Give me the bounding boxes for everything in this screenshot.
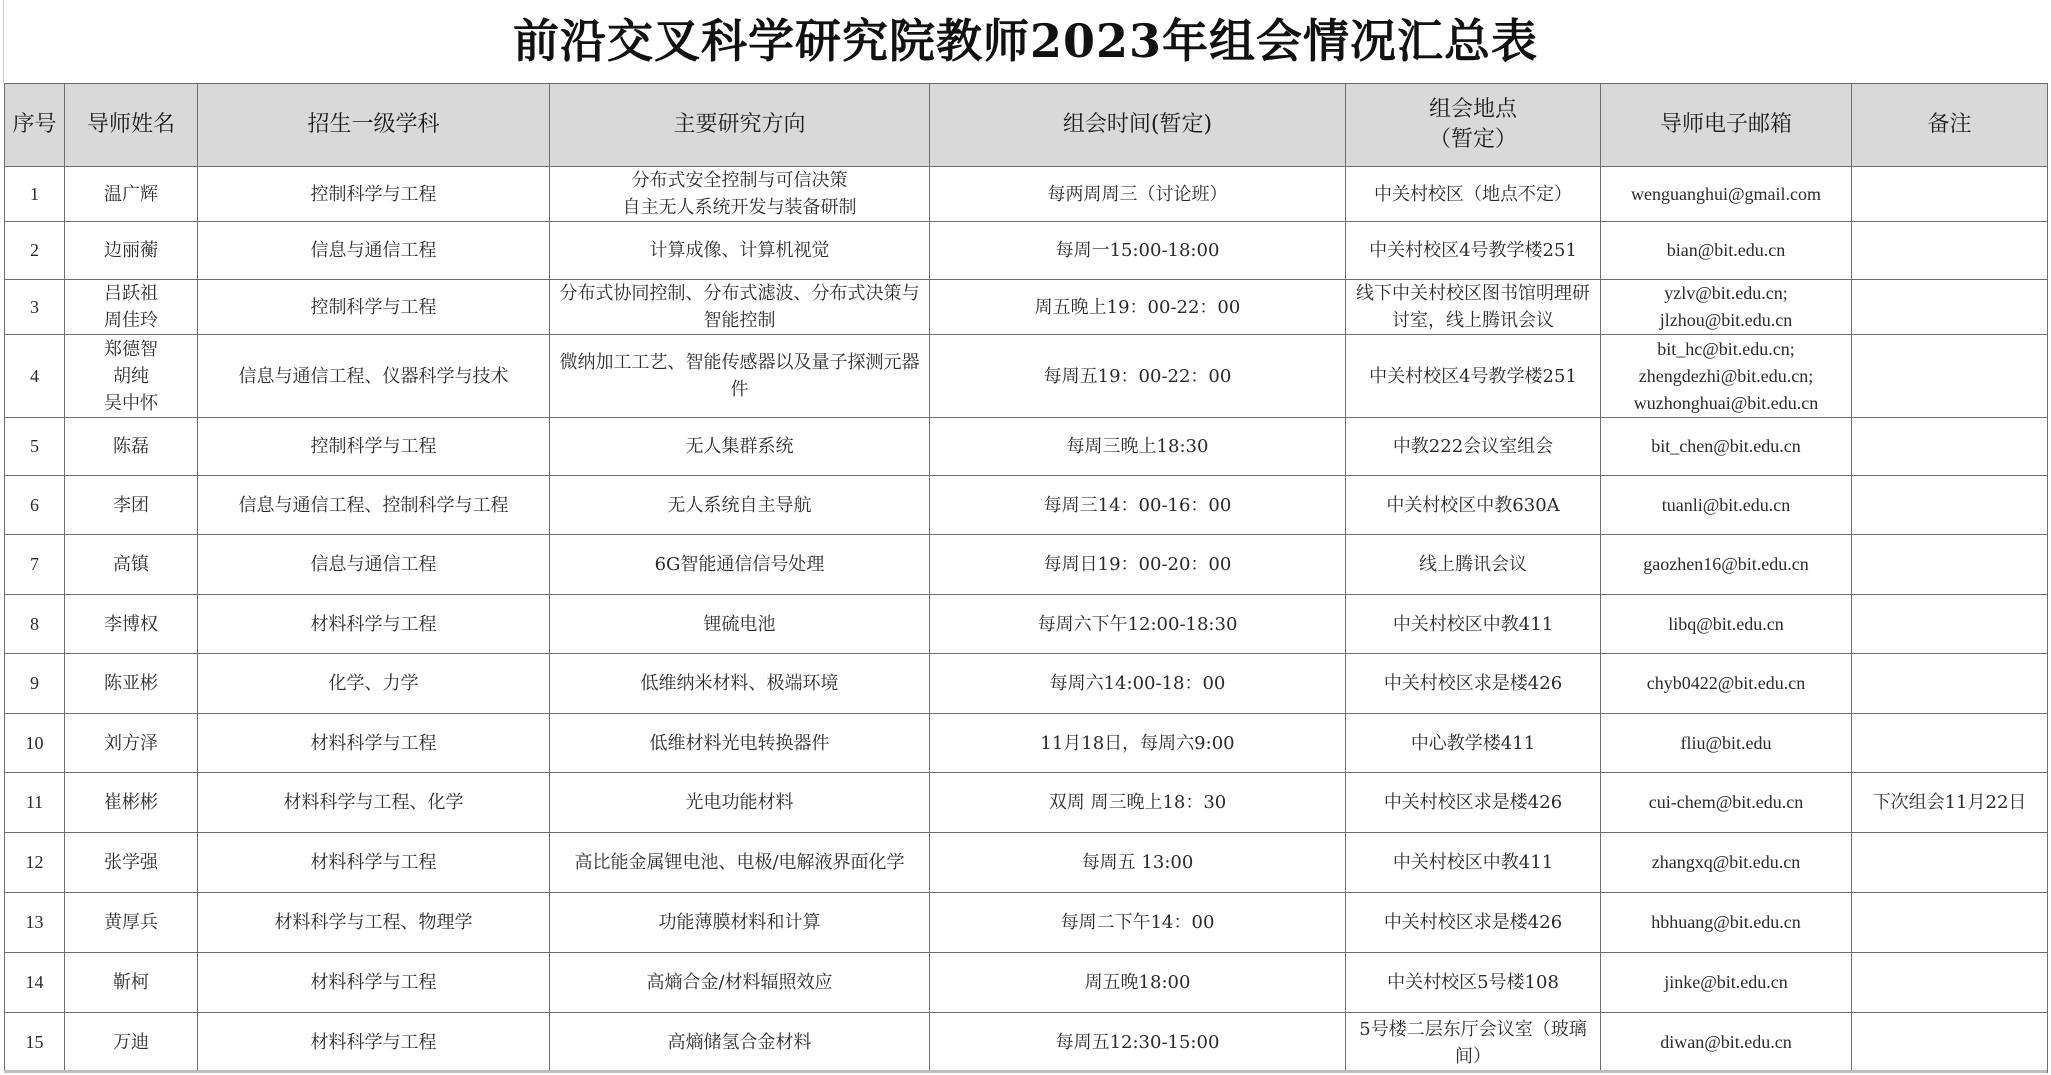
cell-email: bian@bit.edu.cn bbox=[1601, 222, 1852, 280]
cell-advisor: 崔彬彬 bbox=[65, 773, 198, 833]
cell-discipline: 控制科学与工程 bbox=[198, 167, 550, 222]
table-row: 4郑德智 胡纯 吴中怀信息与通信工程、仪器科学与技术微纳加工工艺、智能传感器以及… bbox=[5, 335, 2048, 418]
cell-email: tuanli@bit.edu.cn bbox=[1601, 476, 1852, 535]
cell-location: 中关村校区中教630A bbox=[1346, 476, 1601, 535]
table-row: 7高镇信息与通信工程6G智能通信信号处理每周日19：00-20：00线上腾讯会议… bbox=[5, 535, 2048, 595]
cell-location: 中心教学楼411 bbox=[1346, 714, 1601, 773]
cell-advisor: 李团 bbox=[65, 476, 198, 535]
cell-time: 每两周周三（讨论班） bbox=[930, 167, 1346, 222]
table-row: 9陈亚彬化学、力学低维纳米材料、极端环境每周六14:00-18：00中关村校区求… bbox=[5, 654, 2048, 714]
cell-discipline: 材料科学与工程 bbox=[198, 1013, 550, 1073]
header-email: 导师电子邮箱 bbox=[1601, 84, 1852, 167]
table-row: 14靳柯材料科学与工程高熵合金/材料辐照效应周五晚18:00中关村校区5号楼10… bbox=[5, 953, 2048, 1013]
cell-email: bit_chen@bit.edu.cn bbox=[1601, 418, 1852, 476]
cell-discipline: 控制科学与工程 bbox=[198, 280, 550, 335]
cell-advisor: 吕跃祖 周佳玲 bbox=[65, 280, 198, 335]
header-discipline: 招生一级学科 bbox=[198, 84, 550, 167]
cell-seq: 15 bbox=[5, 1013, 65, 1073]
cell-location: 中关村校区求是楼426 bbox=[1346, 773, 1601, 833]
cell-research: 高熵合金/材料辐照效应 bbox=[550, 953, 930, 1013]
cell-time: 11月18日，每周六9:00 bbox=[930, 714, 1346, 773]
cell-advisor: 靳柯 bbox=[65, 953, 198, 1013]
cell-seq: 13 bbox=[5, 893, 65, 953]
cell-research: 光电功能材料 bbox=[550, 773, 930, 833]
cell-advisor: 温广辉 bbox=[65, 167, 198, 222]
cell-email: fliu@bit.edu bbox=[1601, 714, 1852, 773]
cell-note bbox=[1852, 1013, 2048, 1073]
table-row: 6李团信息与通信工程、控制科学与工程无人系统自主导航每周三14：00-16：00… bbox=[5, 476, 2048, 535]
cell-location: 线下中关村校区图书馆明理研讨室，线上腾讯会议 bbox=[1346, 280, 1601, 335]
cell-discipline: 材料科学与工程 bbox=[198, 953, 550, 1013]
cell-research: 低维纳米材料、极端环境 bbox=[550, 654, 930, 714]
cell-email: zhangxq@bit.edu.cn bbox=[1601, 833, 1852, 893]
cell-research: 高熵储氢合金材料 bbox=[550, 1013, 930, 1073]
cell-location: 中关村校区4号教学楼251 bbox=[1346, 335, 1601, 418]
cell-research: 高比能金属锂电池、电极/电解液界面化学 bbox=[550, 833, 930, 893]
cell-email: wenguanghui@gmail.com bbox=[1601, 167, 1852, 222]
cell-note bbox=[1852, 222, 2048, 280]
cell-discipline: 材料科学与工程 bbox=[198, 595, 550, 654]
cell-time: 每周日19：00-20：00 bbox=[930, 535, 1346, 595]
cell-note bbox=[1852, 535, 2048, 595]
cell-note bbox=[1852, 335, 2048, 418]
cell-note: 下次组会11月22日 bbox=[1852, 773, 2048, 833]
cell-location: 中教222会议室组会 bbox=[1346, 418, 1601, 476]
cell-location: 中关村校区4号教学楼251 bbox=[1346, 222, 1601, 280]
cell-advisor: 黄厚兵 bbox=[65, 893, 198, 953]
cell-discipline: 信息与通信工程、控制科学与工程 bbox=[198, 476, 550, 535]
cell-time: 周五晚18:00 bbox=[930, 953, 1346, 1013]
cell-email: diwan@bit.edu.cn bbox=[1601, 1013, 1852, 1073]
table-header-row: 序号 导师姓名 招生一级学科 主要研究方向 组会时间(暂定) 组会地点 （暂定）… bbox=[5, 84, 2048, 167]
cell-email: yzlv@bit.edu.cn; jlzhou@bit.edu.cn bbox=[1601, 280, 1852, 335]
table-row: 2边丽蘅信息与通信工程计算成像、计算机视觉每周一15:00-18:00中关村校区… bbox=[5, 222, 2048, 280]
cell-time: 每周五19：00-22：00 bbox=[930, 335, 1346, 418]
cell-research: 微纳加工工艺、智能传感器以及量子探测元器件 bbox=[550, 335, 930, 418]
table-row: 12张学强材料科学与工程高比能金属锂电池、电极/电解液界面化学每周五 13:00… bbox=[5, 833, 2048, 893]
cell-note bbox=[1852, 893, 2048, 953]
cell-time: 每周三晚上18:30 bbox=[930, 418, 1346, 476]
cell-time: 每周六14:00-18：00 bbox=[930, 654, 1346, 714]
cell-location: 中关村校区中教411 bbox=[1346, 833, 1601, 893]
header-seq: 序号 bbox=[5, 84, 65, 167]
group-meeting-summary-table: 序号 导师姓名 招生一级学科 主要研究方向 组会时间(暂定) 组会地点 （暂定）… bbox=[4, 83, 2048, 1073]
cell-research: 计算成像、计算机视觉 bbox=[550, 222, 930, 280]
cell-discipline: 材料科学与工程、化学 bbox=[198, 773, 550, 833]
cell-location: 中关村校区5号楼108 bbox=[1346, 953, 1601, 1013]
table-row: 10刘方泽材料科学与工程低维材料光电转换器件11月18日，每周六9:00中心教学… bbox=[5, 714, 2048, 773]
cell-seq: 4 bbox=[5, 335, 65, 418]
cell-email: bit_hc@bit.edu.cn; zhengdezhi@bit.edu.cn… bbox=[1601, 335, 1852, 418]
cell-advisor: 陈磊 bbox=[65, 418, 198, 476]
header-location: 组会地点 （暂定） bbox=[1346, 84, 1601, 167]
header-research: 主要研究方向 bbox=[550, 84, 930, 167]
cell-email: hbhuang@bit.edu.cn bbox=[1601, 893, 1852, 953]
table-row: 11崔彬彬材料科学与工程、化学光电功能材料双周 周三晚上18：30中关村校区求是… bbox=[5, 773, 2048, 833]
cell-advisor: 李博权 bbox=[65, 595, 198, 654]
cell-advisor: 边丽蘅 bbox=[65, 222, 198, 280]
cell-note bbox=[1852, 595, 2048, 654]
cell-location: 中关村校区中教411 bbox=[1346, 595, 1601, 654]
cell-advisor: 陈亚彬 bbox=[65, 654, 198, 714]
table-row: 5陈磊控制科学与工程无人集群系统每周三晚上18:30中教222会议室组会bit_… bbox=[5, 418, 2048, 476]
page-title: 前沿交叉科学研究院教师2023年组会情况汇总表 bbox=[0, 6, 2051, 76]
cell-seq: 14 bbox=[5, 953, 65, 1013]
cell-research: 功能薄膜材料和计算 bbox=[550, 893, 930, 953]
table-row: 8李博权材料科学与工程锂硫电池每周六下午12:00-18:30中关村校区中教41… bbox=[5, 595, 2048, 654]
cell-location: 中关村校区求是楼426 bbox=[1346, 893, 1601, 953]
cell-research: 低维材料光电转换器件 bbox=[550, 714, 930, 773]
cell-note bbox=[1852, 833, 2048, 893]
cell-discipline: 信息与通信工程 bbox=[198, 535, 550, 595]
cell-note bbox=[1852, 418, 2048, 476]
cell-advisor: 郑德智 胡纯 吴中怀 bbox=[65, 335, 198, 418]
cell-time: 每周五12:30-15:00 bbox=[930, 1013, 1346, 1073]
cell-discipline: 控制科学与工程 bbox=[198, 418, 550, 476]
cell-time: 每周二下午14：00 bbox=[930, 893, 1346, 953]
cell-discipline: 信息与通信工程 bbox=[198, 222, 550, 280]
cell-location: 中关村校区（地点不定） bbox=[1346, 167, 1601, 222]
cell-advisor: 高镇 bbox=[65, 535, 198, 595]
cell-seq: 3 bbox=[5, 280, 65, 335]
header-note: 备注 bbox=[1852, 84, 2048, 167]
cell-email: jinke@bit.edu.cn bbox=[1601, 953, 1852, 1013]
cell-email: gaozhen16@bit.edu.cn bbox=[1601, 535, 1852, 595]
cell-discipline: 材料科学与工程 bbox=[198, 714, 550, 773]
cell-seq: 12 bbox=[5, 833, 65, 893]
cell-seq: 5 bbox=[5, 418, 65, 476]
cell-location: 5号楼二层东厅会议室（玻璃间） bbox=[1346, 1013, 1601, 1073]
table-row: 13黄厚兵材料科学与工程、物理学功能薄膜材料和计算每周二下午14：00中关村校区… bbox=[5, 893, 2048, 953]
cell-location: 线上腾讯会议 bbox=[1346, 535, 1601, 595]
cell-email: libq@bit.edu.cn bbox=[1601, 595, 1852, 654]
cell-time: 每周五 13:00 bbox=[930, 833, 1346, 893]
cell-note bbox=[1852, 953, 2048, 1013]
cell-location: 中关村校区求是楼426 bbox=[1346, 654, 1601, 714]
table-bottom-border bbox=[4, 1070, 2047, 1073]
cell-time: 双周 周三晚上18：30 bbox=[930, 773, 1346, 833]
cell-advisor: 万迪 bbox=[65, 1013, 198, 1073]
table-row: 1温广辉控制科学与工程分布式安全控制与可信决策 自主无人系统开发与装备研制每两周… bbox=[5, 167, 2048, 222]
header-time: 组会时间(暂定) bbox=[930, 84, 1346, 167]
cell-note bbox=[1852, 280, 2048, 335]
cell-research: 分布式协同控制、分布式滤波、分布式决策与智能控制 bbox=[550, 280, 930, 335]
cell-note bbox=[1852, 167, 2048, 222]
cell-time: 每周一15:00-18:00 bbox=[930, 222, 1346, 280]
cell-discipline: 材料科学与工程 bbox=[198, 833, 550, 893]
cell-discipline: 化学、力学 bbox=[198, 654, 550, 714]
cell-research: 锂硫电池 bbox=[550, 595, 930, 654]
cell-seq: 11 bbox=[5, 773, 65, 833]
cell-time: 每周六下午12:00-18:30 bbox=[930, 595, 1346, 654]
cell-advisor: 刘方泽 bbox=[65, 714, 198, 773]
cell-discipline: 材料科学与工程、物理学 bbox=[198, 893, 550, 953]
cell-email: cui-chem@bit.edu.cn bbox=[1601, 773, 1852, 833]
cell-note bbox=[1852, 714, 2048, 773]
cell-time: 每周三14：00-16：00 bbox=[930, 476, 1346, 535]
cell-advisor: 张学强 bbox=[65, 833, 198, 893]
cell-seq: 10 bbox=[5, 714, 65, 773]
table-row: 15万迪材料科学与工程高熵储氢合金材料每周五12:30-15:005号楼二层东厅… bbox=[5, 1013, 2048, 1073]
cell-note bbox=[1852, 654, 2048, 714]
cell-seq: 7 bbox=[5, 535, 65, 595]
cell-seq: 9 bbox=[5, 654, 65, 714]
cell-research: 无人系统自主导航 bbox=[550, 476, 930, 535]
cell-time: 周五晚上19：00-22：00 bbox=[930, 280, 1346, 335]
cell-seq: 6 bbox=[5, 476, 65, 535]
cell-research: 分布式安全控制与可信决策 自主无人系统开发与装备研制 bbox=[550, 167, 930, 222]
cell-seq: 1 bbox=[5, 167, 65, 222]
cell-discipline: 信息与通信工程、仪器科学与技术 bbox=[198, 335, 550, 418]
table-row: 3吕跃祖 周佳玲控制科学与工程分布式协同控制、分布式滤波、分布式决策与智能控制周… bbox=[5, 280, 2048, 335]
cell-email: chyb0422@bit.edu.cn bbox=[1601, 654, 1852, 714]
cell-seq: 8 bbox=[5, 595, 65, 654]
cell-seq: 2 bbox=[5, 222, 65, 280]
cell-research: 无人集群系统 bbox=[550, 418, 930, 476]
cell-note bbox=[1852, 476, 2048, 535]
header-advisor: 导师姓名 bbox=[65, 84, 198, 167]
cell-research: 6G智能通信信号处理 bbox=[550, 535, 930, 595]
